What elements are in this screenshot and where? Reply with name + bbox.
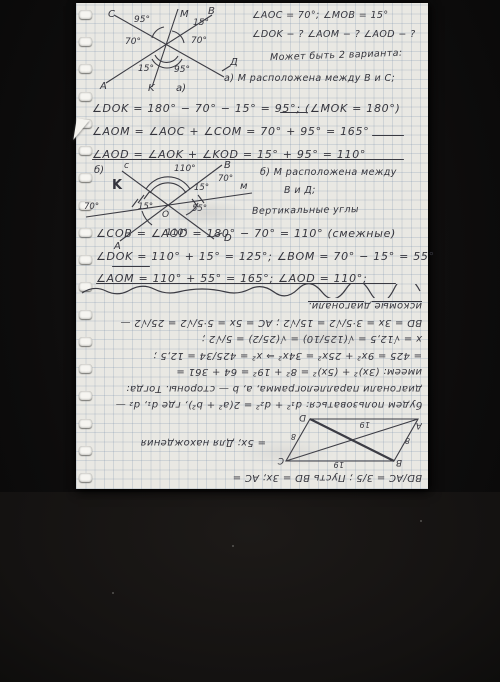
flipped-line-x-value: x = √12,5 = √(125/10) = √(25/2) = 5/√2 ;	[82, 330, 422, 347]
case-b-title-line-2: В и Д;	[284, 185, 316, 196]
given-line-1: ∠AOC = 70°; ∠MOB = 15°	[252, 10, 389, 21]
solution-a-block: ∠DOK = 180° − 70° − 15° = 95°; (∠MOK = 1…	[92, 97, 401, 166]
vertex-label-D: D	[299, 413, 306, 423]
binder-hole	[79, 255, 92, 264]
flipped-line-ratio: BD/AC = 3/5 ; Пусть BD = 3x; AC =	[82, 469, 422, 486]
parallelogram-diagram: B C A D 19 19 8 8	[274, 413, 422, 469]
center-label-O: O	[162, 210, 169, 220]
vertex-label-K: K	[148, 83, 156, 93]
vertex-label-M: м	[240, 181, 248, 192]
flipped-line-let: = 5x; Для нахождения	[140, 413, 266, 469]
vertex-label-K: K	[112, 178, 123, 193]
flipped-line-425: = 425 = 9x² + 25x² = 34x² ⇒ x² = 425/34 …	[82, 347, 422, 364]
side-label-bottom: 19	[359, 421, 370, 430]
case-a-title: а) М расположена между В и С;	[224, 73, 395, 84]
angle-label-15-left: 15°	[138, 202, 153, 212]
solution-b-block: ∠COB = ∠AOD = 180° − 70° = 110° (смежные…	[96, 223, 435, 291]
given-line-2: ∠DOK − ? ∠AOM − ? ∠AOD − ?	[252, 29, 416, 40]
vertex-label-c: c	[124, 161, 129, 171]
parallelogram-row: B C A D 19 19 8 8 = 5x; Для нахождения	[82, 413, 422, 469]
angle-label-110-top: 110°	[174, 164, 196, 174]
flipped-line-answer: искомые диагонали.	[82, 297, 422, 314]
upside-down-solution-block: BD/AC = 3/5 ; Пусть BD = 3x; AC = B C A …	[82, 297, 422, 485]
dust-speck	[112, 592, 114, 594]
vertex-label-B: B	[208, 6, 215, 17]
angle-arc	[152, 27, 164, 38]
vertex-label-A: A	[99, 81, 107, 92]
binder-hole	[79, 37, 92, 46]
angle-label-70-right: 70°	[218, 174, 233, 184]
vertex-label-B: B	[224, 160, 231, 171]
binder-hole	[79, 146, 92, 155]
angle-label-95-bottom: 95°	[174, 65, 190, 75]
solution-a-line-2: ∠AOM = ∠AOC + ∠COM = 70° + 95° = 165°	[92, 120, 401, 143]
notebook-page: C 95° M 15° B 70° 70° 15° 95° A K а) Д ∠…	[76, 3, 428, 489]
angle-label-15-bottom: 15°	[138, 64, 154, 74]
vertex-label-C: C	[108, 9, 115, 20]
flipped-line-equation: имеем: (3x)² + (5x)² = 8² + 19² = 64 + 3…	[82, 363, 422, 380]
diagonal-BD	[310, 420, 394, 462]
binder-hole	[79, 64, 92, 73]
wavy-divider	[80, 284, 424, 298]
vertex-label-M: M	[180, 9, 189, 20]
table-surface	[0, 492, 500, 682]
solution-a-line-1: ∠DOK = 180° − 70° − 15° = 95°; (∠MOK = 1…	[92, 97, 401, 120]
line-MK	[152, 9, 178, 87]
binder-hole	[79, 92, 92, 101]
angle-label-70-right: 70°	[191, 36, 207, 46]
angle-arc	[155, 55, 178, 62]
vertex-label-A: A	[416, 421, 422, 431]
flipped-line-diagonals-def: диагонали параллелограмма, а, b — сторон…	[82, 380, 422, 397]
angle-label-95: 95°	[134, 15, 150, 25]
side-label-top: 19	[333, 461, 344, 469]
ray-arrow-D	[222, 66, 230, 71]
side-label-right: 8	[291, 433, 296, 442]
angle-label-15-right: 15°	[194, 183, 209, 193]
note-two-variants: Может быть 2 варианта:	[270, 48, 403, 64]
solution-b-line-2: ∠DOK = 110° + 15° = 125°; ∠BOM = 70° − 1…	[96, 246, 435, 269]
angle-label-70-left: 70°	[84, 202, 99, 212]
dust-speck	[420, 520, 422, 522]
flipped-line-bd-ac-values: BD = 3x = 3·5/√2 = 15/√2 ; AC = 5x = 5·5…	[82, 314, 422, 331]
vertex-label-B: B	[396, 458, 402, 468]
angle-label-55: 55°	[192, 204, 207, 214]
angle-label-15: 15°	[193, 18, 209, 28]
side-label-left: 8	[405, 437, 410, 446]
vertex-label-C: C	[277, 456, 284, 466]
angle-label-70-left: 70°	[125, 37, 141, 47]
case-b-subtitle: Вертикальные углы	[252, 204, 359, 217]
vertex-label-D: Д	[229, 57, 238, 68]
solution-b-line-1: ∠COB = ∠AOD = 180° − 70° = 110° (смежные…	[96, 223, 435, 246]
diagram-a-caption: а)	[176, 83, 186, 93]
diagram-b-caption: б)	[94, 164, 104, 176]
flipped-line-theorem: будем пользоваться: d₁² + d₂² = 2(a² + b…	[82, 396, 422, 413]
angle-arc	[150, 183, 186, 193]
binder-hole	[79, 10, 92, 19]
case-b-title-line-1: б) М расположена между	[260, 167, 397, 178]
photo-of-notebook: { "colors": { "backdrop": "#0d0c0c", "pa…	[0, 0, 500, 682]
dust-speck	[232, 545, 234, 547]
angles-diagram-a: C 95° M 15° B 70° 70° 15° 95° A K а) Д	[92, 5, 244, 93]
